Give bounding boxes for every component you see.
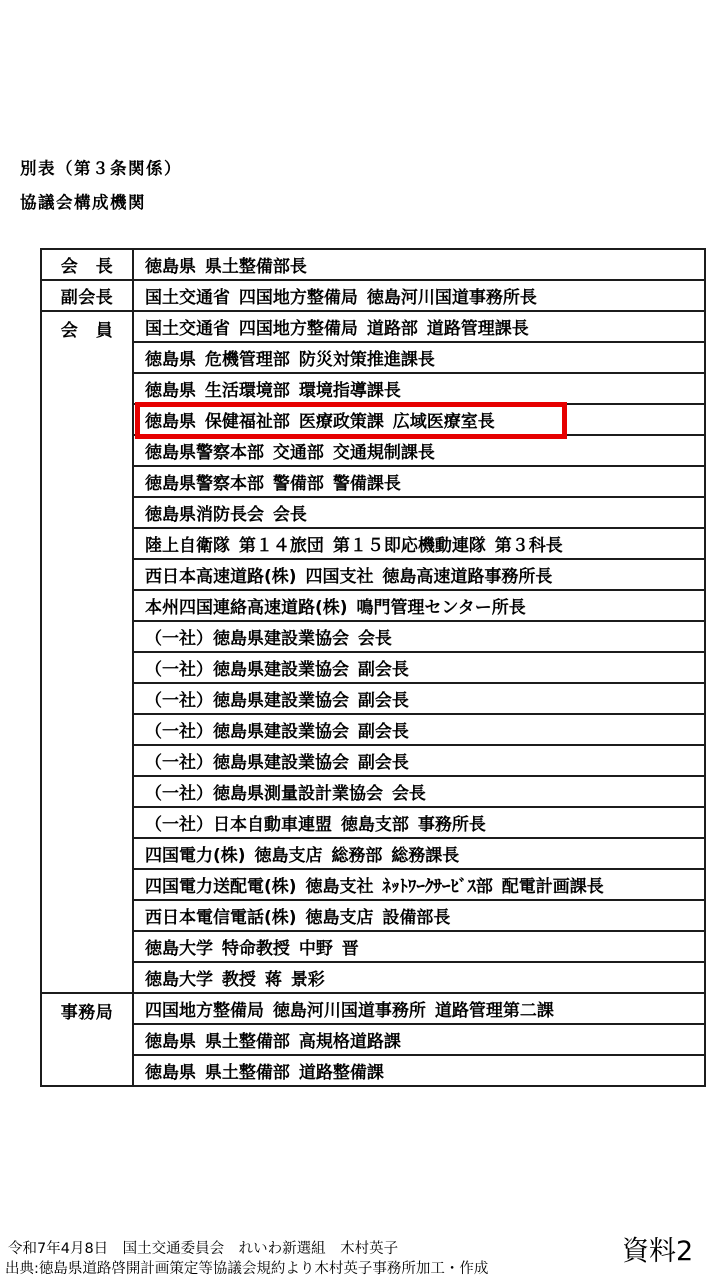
table-row: （一社）徳島県建設業協会 副会長 — [41, 652, 705, 683]
member-cell: 国土交通省 四国地方整備局 徳島河川国道事務所長 — [133, 280, 705, 311]
table-row: 徳島県警察本部 警備部 警備課長 — [41, 466, 705, 497]
member-cell: 四国電力(株) 徳島支店 総務部 総務課長 — [133, 838, 705, 869]
member-cell: （一社）徳島県測量設計業協会 会長 — [133, 776, 705, 807]
table-row: 事務局四国地方整備局 徳島河川国道事務所 道路管理第二課 — [41, 993, 705, 1024]
footer-source-line: 出典:徳島県道路啓開計画策定等協議会規約より木村英子事務所加工・作成 — [5, 1257, 488, 1278]
council-members-table: 会 長徳島県 県土整備部長副会長国土交通省 四国地方整備局 徳島河川国道事務所長… — [40, 248, 706, 1087]
table-row: 四国電力送配電(株) 徳島支社 ﾈｯﾄﾜｰｸｻｰﾋﾞｽ部 配電計画課長 — [41, 869, 705, 900]
table-row: 副会長国土交通省 四国地方整備局 徳島河川国道事務所長 — [41, 280, 705, 311]
member-cell: 四国電力送配電(株) 徳島支社 ﾈｯﾄﾜｰｸｻｰﾋﾞｽ部 配電計画課長 — [133, 869, 705, 900]
table-row: （一社）日本自動車連盟 徳島支部 事務所長 — [41, 807, 705, 838]
member-cell: 徳島県消防長会 会長 — [133, 497, 705, 528]
member-text: 国土交通省 四国地方整備局 徳島河川国道事務所長 — [145, 288, 537, 308]
member-text: 本州四国連絡高速道路(株) 鳴門管理センター所長 — [145, 598, 526, 618]
member-cell: 徳島県 県土整備部 道路整備課 — [133, 1055, 705, 1086]
table-row: 西日本電信電話(株) 徳島支店 設備部長 — [41, 900, 705, 931]
member-cell: 西日本高速道路(株) 四国支社 徳島高速道路事務所長 — [133, 559, 705, 590]
member-cell: （一社）日本自動車連盟 徳島支部 事務所長 — [133, 807, 705, 838]
member-text: 四国電力(株) 徳島支店 総務部 総務課長 — [145, 846, 459, 866]
member-cell: （一社）徳島県建設業協会 副会長 — [133, 714, 705, 745]
table-row: 徳島県 県土整備部 道路整備課 — [41, 1055, 705, 1086]
table-row: 徳島県 県土整備部 高規格道路課 — [41, 1024, 705, 1055]
table-row: （一社）徳島県測量設計業協会 会長 — [41, 776, 705, 807]
member-cell: 西日本電信電話(株) 徳島支店 設備部長 — [133, 900, 705, 931]
member-cell: 徳島大学 特命教授 中野 晋 — [133, 931, 705, 962]
member-text: （一社）徳島県建設業協会 副会長 — [145, 660, 409, 680]
member-cell: 徳島県 保健福祉部 医療政策課 広域医療室長 — [133, 404, 705, 435]
table-row: 会 長徳島県 県土整備部長 — [41, 249, 705, 280]
member-cell: 国土交通省 四国地方整備局 道路部 道路管理課長 — [133, 311, 705, 342]
member-cell: 陸上自衛隊 第１４旅団 第１５即応機動連隊 第３科長 — [133, 528, 705, 559]
table-row: 陸上自衛隊 第１４旅団 第１５即応機動連隊 第３科長 — [41, 528, 705, 559]
member-text: 徳島県 県土整備部 道路整備課 — [145, 1063, 384, 1083]
member-text: 徳島県警察本部 警備部 警備課長 — [145, 474, 401, 494]
table-row: （一社）徳島県建設業協会 会長 — [41, 621, 705, 652]
member-text: （一社）徳島県建設業協会 会長 — [145, 629, 392, 649]
table-row: 徳島県消防長会 会長 — [41, 497, 705, 528]
member-text: 徳島県 県土整備部長 — [145, 257, 307, 277]
footer-committee-line: 令和7年4月8日 国土交通委員会 れいわ新選組 木村英子 — [8, 1237, 398, 1258]
table-row: 本州四国連絡高速道路(株) 鳴門管理センター所長 — [41, 590, 705, 621]
member-text: 西日本高速道路(株) 四国支社 徳島高速道路事務所長 — [145, 567, 552, 587]
role-label-cell: 副会長 — [41, 280, 133, 311]
role-label-cell: 会 員 — [41, 311, 133, 993]
member-text: 徳島県 県土整備部 高規格道路課 — [145, 1032, 401, 1052]
member-text: 徳島大学 教授 蒋 景彩 — [145, 970, 325, 990]
table-row: 徳島県 生活環境部 環境指導課長 — [41, 373, 705, 404]
table-row: 徳島県 保健福祉部 医療政策課 広域医療室長 — [41, 404, 705, 435]
member-cell: （一社）徳島県建設業協会 副会長 — [133, 652, 705, 683]
member-text: （一社）徳島県測量設計業協会 会長 — [145, 784, 426, 804]
member-cell: 四国地方整備局 徳島河川国道事務所 道路管理第二課 — [133, 993, 705, 1024]
member-cell: 徳島県警察本部 交通部 交通規制課長 — [133, 435, 705, 466]
member-cell: （一社）徳島県建設業協会 会長 — [133, 621, 705, 652]
table-row: 四国電力(株) 徳島支店 総務部 総務課長 — [41, 838, 705, 869]
member-text: 四国地方整備局 徳島河川国道事務所 道路管理第二課 — [145, 1001, 554, 1021]
member-text: （一社）日本自動車連盟 徳島支部 事務所長 — [145, 815, 486, 835]
member-cell: 徳島県 県土整備部 高規格道路課 — [133, 1024, 705, 1055]
table-row: （一社）徳島県建設業協会 副会長 — [41, 683, 705, 714]
table-row: （一社）徳島県建設業協会 副会長 — [41, 714, 705, 745]
table-row: （一社）徳島県建設業協会 副会長 — [41, 745, 705, 776]
member-text: （一社）徳島県建設業協会 副会長 — [145, 691, 409, 711]
table-row: 西日本高速道路(株) 四国支社 徳島高速道路事務所長 — [41, 559, 705, 590]
member-cell: 徳島県 県土整備部長 — [133, 249, 705, 280]
member-text: 国土交通省 四国地方整備局 道路部 道路管理課長 — [145, 319, 529, 339]
member-cell: （一社）徳島県建設業協会 副会長 — [133, 683, 705, 714]
member-cell: 本州四国連絡高速道路(株) 鳴門管理センター所長 — [133, 590, 705, 621]
member-text: 西日本電信電話(株) 徳島支店 設備部長 — [145, 908, 450, 928]
document-number-label: 資料2 — [622, 1229, 693, 1268]
role-label-cell: 会 長 — [41, 249, 133, 280]
member-text: （一社）徳島県建設業協会 副会長 — [145, 753, 409, 773]
role-label-cell: 事務局 — [41, 993, 133, 1086]
member-text: 徳島県消防長会 会長 — [145, 505, 307, 525]
member-text: （一社）徳島県建設業協会 副会長 — [145, 722, 409, 742]
member-cell: 徳島大学 教授 蒋 景彩 — [133, 962, 705, 993]
table-row: 会 員国土交通省 四国地方整備局 道路部 道路管理課長 — [41, 311, 705, 342]
member-text: 徳島県警察本部 交通部 交通規制課長 — [145, 443, 435, 463]
table-row: 徳島大学 特命教授 中野 晋 — [41, 931, 705, 962]
member-text: 陸上自衛隊 第１４旅団 第１５即応機動連隊 第３科長 — [145, 536, 563, 556]
council-table-body: 会 長徳島県 県土整備部長副会長国土交通省 四国地方整備局 徳島河川国道事務所長… — [41, 249, 705, 1086]
member-text: 徳島大学 特命教授 中野 晋 — [145, 939, 359, 959]
member-cell: （一社）徳島県建設業協会 副会長 — [133, 745, 705, 776]
member-text: 四国電力送配電(株) 徳島支社 ﾈｯﾄﾜｰｸｻｰﾋﾞｽ部 配電計画課長 — [145, 877, 604, 897]
appendix-heading: 別表（第３条関係） — [20, 155, 182, 179]
member-cell: 徳島県 危機管理部 防災対策推進課長 — [133, 342, 705, 373]
table-row: 徳島県 危機管理部 防災対策推進課長 — [41, 342, 705, 373]
member-cell: 徳島県 生活環境部 環境指導課長 — [133, 373, 705, 404]
member-cell: 徳島県警察本部 警備部 警備課長 — [133, 466, 705, 497]
member-text: 徳島県 危機管理部 防災対策推進課長 — [145, 350, 435, 370]
council-organizations-heading: 協議会構成機関 — [20, 189, 146, 213]
document-page: 別表（第３条関係） 協議会構成機関 会 長徳島県 県土整備部長副会長国土交通省 … — [0, 0, 720, 1280]
member-text: 徳島県 生活環境部 環境指導課長 — [145, 381, 401, 401]
table-row: 徳島県警察本部 交通部 交通規制課長 — [41, 435, 705, 466]
member-text: 徳島県 保健福祉部 医療政策課 広域医療室長 — [145, 412, 495, 432]
table-row: 徳島大学 教授 蒋 景彩 — [41, 962, 705, 993]
